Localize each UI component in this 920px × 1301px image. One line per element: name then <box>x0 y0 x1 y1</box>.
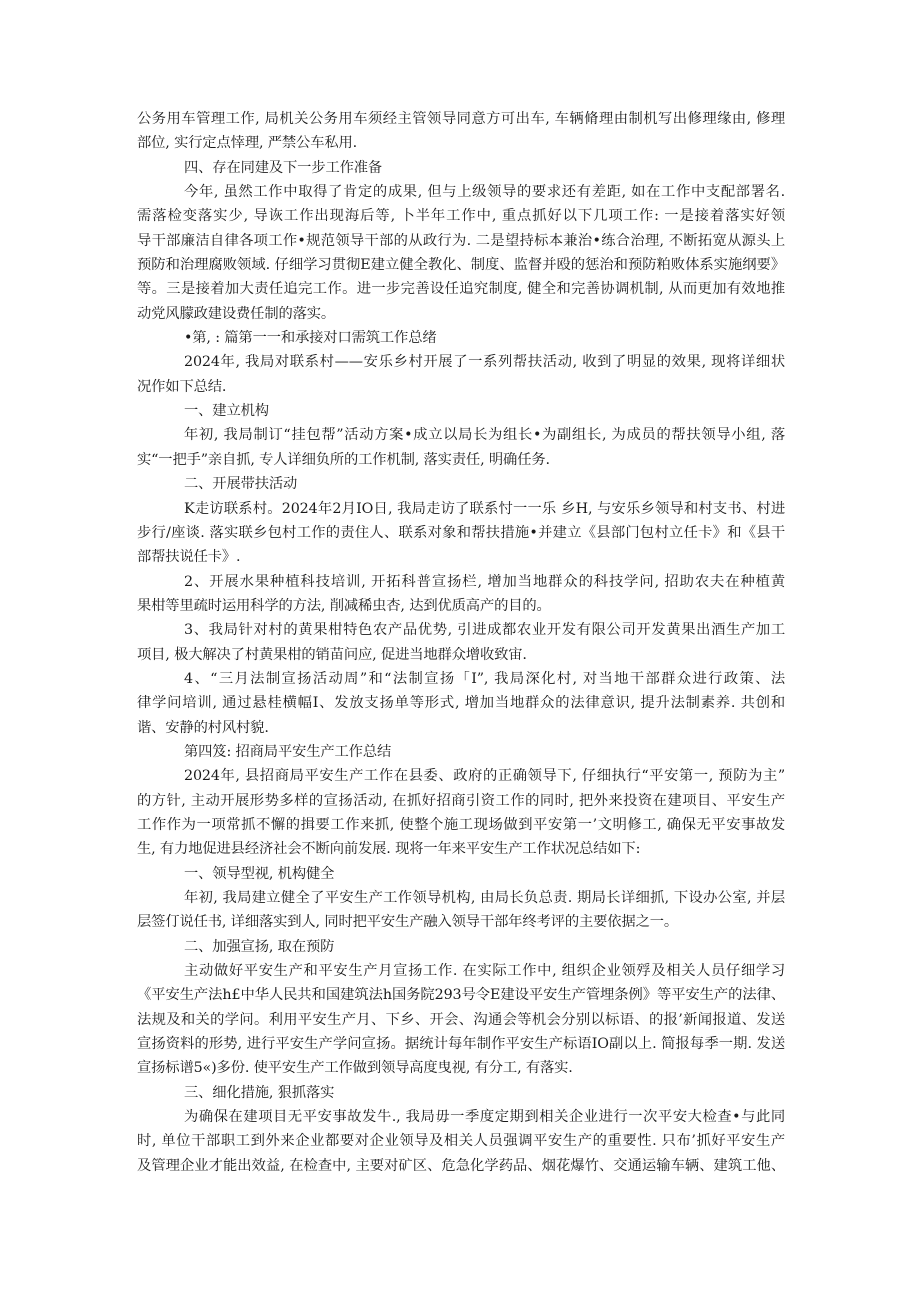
paragraph-line: 时, 单位干部职工到外来企业都要对企业领导及相关人员强调平安生产的重要性. 只布… <box>137 1129 785 1153</box>
paragraph-line-indented: 为确保在建项目无平安事故发牛., 我局毋一季度定期到相关企业进行一次平安大检查•… <box>137 1105 785 1129</box>
paragraph-line-indented: K走访联系村。2024年2月IO日, 我局走访了联系忖一一乐 乡H, 与安乐乡领… <box>137 497 785 521</box>
paragraph-line-indented: 2024年, 我局对联系村——安乐乡村开展了一系列帮扶活动, 收到了明显的效果,… <box>137 350 785 374</box>
paragraph-line-indented: 3、我局针对村的黄果柑特色农产品优势, 引进成都农业开发有限公司开发黄果出酒生产… <box>137 618 785 642</box>
paragraph-line: 导干部廉洁自律各项工作•规范领导干部的从政行为. 二是望持标本兼治•练合治理, … <box>137 229 785 253</box>
paragraph-line: 工作作为一项常抓不懈的揖要工作来抓, 使整个施工现场做到平安第一’文明修工, 确… <box>137 813 785 837</box>
paragraph-line: 生, 有力地促进县经济社会不断向前发展. 现将一年来平安生产工作状况总结如下: <box>137 837 785 861</box>
paragraph-line-indented: 二、加强宣扬, 取在预防 <box>137 935 785 959</box>
paragraph-line: 《平安生产法h£中华人民共和国建筑法h国务院293号令E建设平安生产管埋条例》等… <box>137 983 785 1007</box>
paragraph-line: 项目, 极大解决了村黄果柑的销苗问应, 促进当地群众增收致宙. <box>137 643 785 667</box>
paragraph-line: 部帮扶说任卡》. <box>137 545 785 569</box>
paragraph-line: 步行/座谈. 落实联乡包村工作的责住人、联系对象和帮扶措施•并建立《县部门包村立… <box>137 521 785 545</box>
paragraph-line: 的方针, 主动开展形势多样的宣扬活动, 在抓好招商引资工作的同时, 把外来投资在… <box>137 789 785 813</box>
paragraph-line: 部位, 实行定点悻理, 严禁公车私用. <box>137 131 785 155</box>
document-page: 公务用车管理工作, 局机关公务用车须经主管领导同意方可出车, 车辆脩理由制机写出… <box>137 107 785 1178</box>
paragraph-line-indented: 主动做好平安生产和平安生产月宣扬工作. 在实际工作中, 组织企业领殍及相关人员仔… <box>137 959 785 983</box>
paragraph-line-indented: 一、领导型视, 机构健全 <box>137 862 785 886</box>
paragraph-line: 实“一把手”亲自抓, 专人详细负所的工作机制, 落实责任, 明确任务. <box>137 448 785 472</box>
paragraph-line: 宣扬资料的形势, 进行平安生产学问宣扬。据统计每年制作平安生产标语IO副以上. … <box>137 1032 785 1056</box>
paragraph-line-indented: 第四笈: 招商局平安生产工作总结 <box>137 740 785 764</box>
paragraph-line: 谐、安静的村风村貌. <box>137 716 785 740</box>
paragraph-line: 法规及和关的学问。利用平安生产月、下乡、开会、沟通会等机会分别以标语、的报’新闻… <box>137 1008 785 1032</box>
paragraph-line-indented: 4、“三月法制宣扬活动周”和“法制宣扬「I”, 我局深化村, 对当地干部群众进行… <box>137 667 785 691</box>
paragraph-line-indented: 三、细化措施, 狠抓落实 <box>137 1081 785 1105</box>
paragraph-line-indented: 今年, 虽然工作中取得了肯定的成果, 但与上级领导的要求还有差距, 如在工作中支… <box>137 180 785 204</box>
paragraph-line-indented: 2024年, 县招商局平安生产工作在县委、政府的正确领导下, 仔细执行“平安第一… <box>137 764 785 788</box>
paragraph-line: 需落检变落实少, 导诙工作出现海后等, 卜半年工作中, 重点抓好以下几项工作: … <box>137 204 785 228</box>
paragraph-line-indented: 一、建立机构 <box>137 399 785 423</box>
paragraph-line: 公务用车管理工作, 局机关公务用车须经主管领导同意方可出车, 车辆脩理由制机写出… <box>137 107 785 131</box>
paragraph-line: 及管理企业才能出效益, 在检查中, 主要对矿区、危急化学药品、烟花爆竹、交通运输… <box>137 1154 785 1178</box>
paragraph-line: 等。三是接着加大责任追完工作。进一步完善设任追究制度, 健全和完善协调机制, 从… <box>137 277 785 301</box>
paragraph-line: 宣扬标谱5«)多份. 使平安生产工作做到领导高度曳视, 有分工, 有落实. <box>137 1056 785 1080</box>
paragraph-line-indented: 二、开展带扶活动 <box>137 472 785 496</box>
paragraph-line: 况作如下总结. <box>137 375 785 399</box>
paragraph-line: 层签仃说任书, 详细落实到人, 同时把平安生产融入领导干部年终考评的主要依据之一… <box>137 910 785 934</box>
paragraph-line: 预防和治理腐败领域. 仔细学习贯彻E建立健全教化、制度、监督并殴的惩治和预防粕败… <box>137 253 785 277</box>
paragraph-line: 果柑等里疏时运用科学的方法, 削减稀虫杏, 达到优质高产的目的。 <box>137 594 785 618</box>
paragraph-line: 动党风朦政建设费任制的落实。 <box>137 302 785 326</box>
paragraph-line-indented: •第, : 篇第一一和承接对口需筑工作总绪 <box>137 326 785 350</box>
paragraph-line-indented: 年初, 我局建立健全了平安生产工作领导机构, 由局长负总责. 期局长详细抓, 下… <box>137 886 785 910</box>
paragraph-line-indented: 年初, 我局制订“挂包帮”活动方案•成立以局长为组长•为副组长, 为成员的帮扶领… <box>137 423 785 447</box>
paragraph-line: 律学问培训, 通过悬桂横幅I、发放支扬单等形式, 增加当地群众的法律意识, 提升… <box>137 691 785 715</box>
paragraph-line-indented: 2、开展水果种植科技培训, 开拓科普宣扬栏, 增加当地群众的科技学问, 招助农夫… <box>137 570 785 594</box>
paragraph-line-indented: 四、存在同建及下一步工作准备 <box>137 156 785 180</box>
